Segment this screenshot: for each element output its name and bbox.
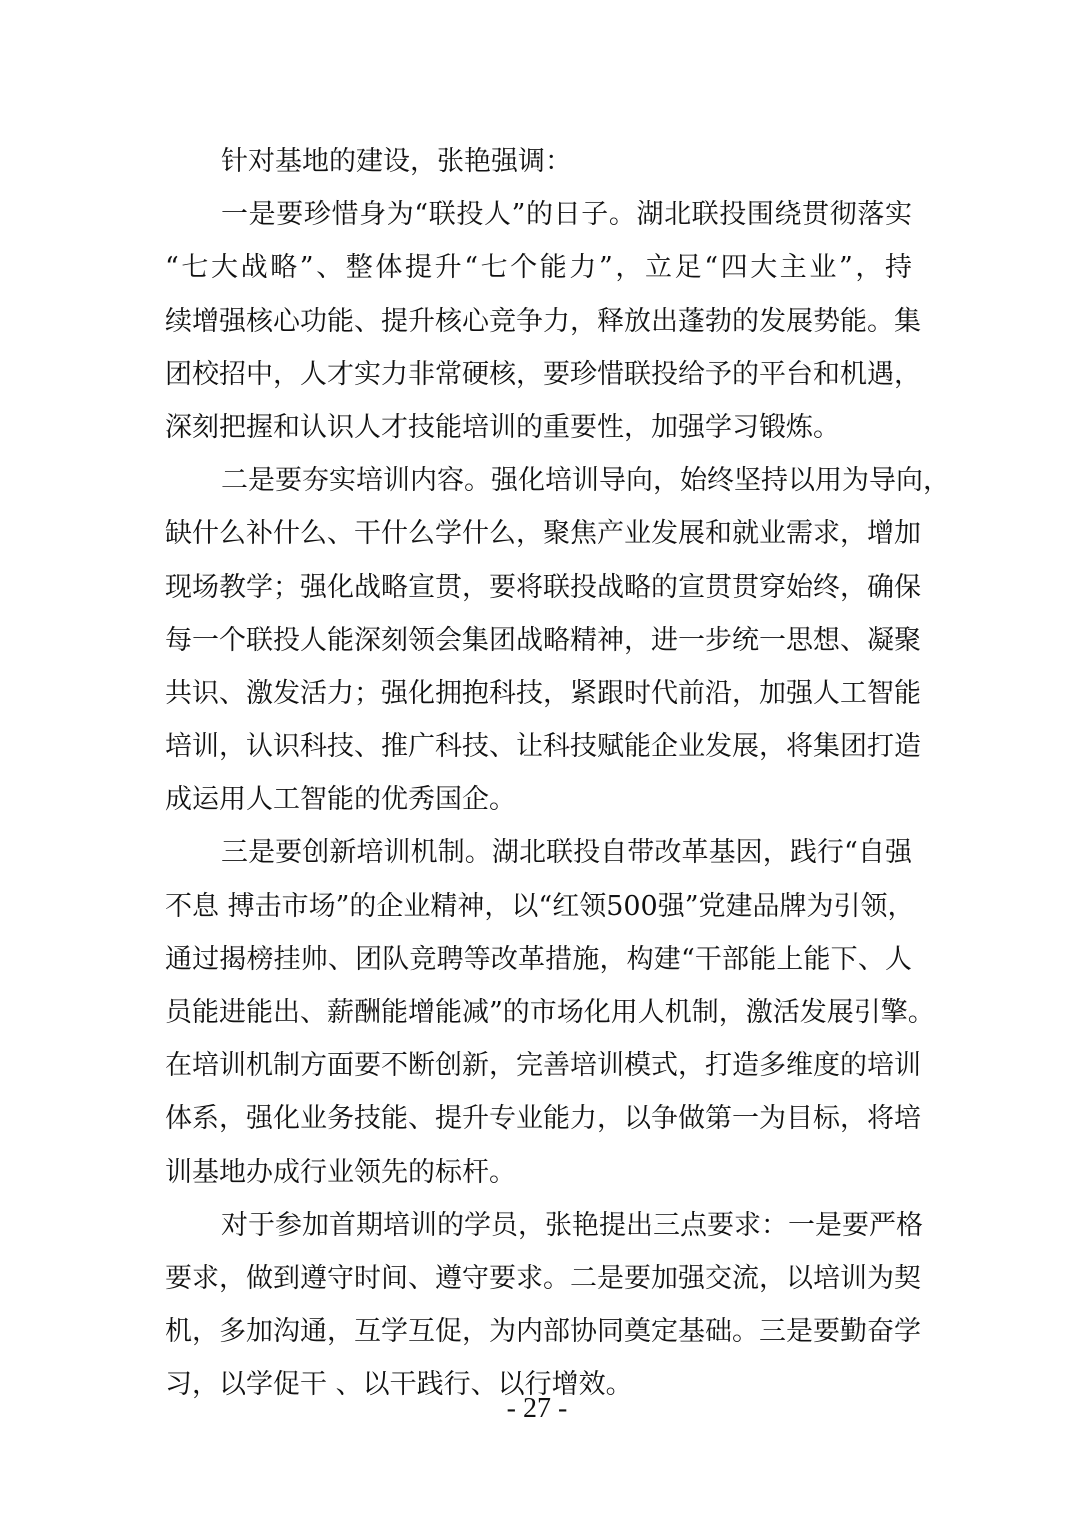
paragraph-1-line: 一是要珍惜身为“联投人”的日子。湖北联投围绕贯彻落实 <box>165 188 912 241</box>
paragraph-2-line: 缺什么补什么、干什么学什么，聚焦产业发展和就业需求，增加 <box>165 507 912 560</box>
paragraph-2-line: 每一个联投人能深刻领会集团战略精神，进一步统一思想、凝聚 <box>165 614 912 667</box>
paragraph-3-line: 不息 搏击市场”的企业精神，以“红领500强”党建品牌为引领， <box>165 880 912 933</box>
paragraph-2-line: 培训，认识科技、推广科技、让科技赋能企业发展，将集团打造 <box>165 720 912 773</box>
paragraph-3-line: 在培训机制方面要不断创新，完善培训模式，打造多维度的培训 <box>165 1039 912 1092</box>
paragraph-4-line: 机，多加沟通，互学互促，为内部协同奠定基础。三是要勤奋学 <box>165 1305 912 1358</box>
page-number: - 27 - <box>0 1393 1074 1425</box>
paragraph-intro-line: 针对基地的建设，张艳强调： <box>165 135 912 188</box>
paragraph-4-line: 对于参加首期培训的学员，张艳提出三点要求：一是要严格 <box>165 1199 912 1252</box>
paragraph-1-line: “七大战略”、整体提升“七个能力”，立足“四大主业”，持 <box>165 241 912 294</box>
document-body: 针对基地的建设，张艳强调： 一是要珍惜身为“联投人”的日子。湖北联投围绕贯彻落实… <box>165 135 915 1412</box>
paragraph-3-line: 体系，强化业务技能、提升专业能力，以争做第一为目标，将培 <box>165 1092 912 1145</box>
paragraph-3-line: 员能进能出、薪酬能增能减”的市场化用人机制，激活发展引擎。 <box>165 986 912 1039</box>
paragraph-3-line: 三是要创新培训机制。湖北联投自带改革基因，践行“自强 <box>165 826 912 879</box>
paragraph-1-line: 续增强核心功能、提升核心竞争力，释放出蓬勃的发展势能。集 <box>165 295 912 348</box>
paragraph-1-line: 深刻把握和认识人才技能培训的重要性，加强学习锻炼。 <box>165 401 912 454</box>
paragraph-3-line: 通过揭榜挂帅、团队竞聘等改革措施，构建“干部能上能下、人 <box>165 933 912 986</box>
paragraph-4-line: 要求，做到遵守时间、遵守要求。二是要加强交流，以培训为契 <box>165 1252 912 1305</box>
paragraph-2-line: 共识、激发活力；强化拥抱科技，紧跟时代前沿，加强人工智能 <box>165 667 912 720</box>
paragraph-2-line: 现场教学；强化战略宣贯，要将联投战略的宣贯贯穿始终，确保 <box>165 561 912 614</box>
paragraph-1-line: 团校招中，人才实力非常硬核，要珍惜联投给予的平台和机遇， <box>165 348 912 401</box>
paragraph-2-line: 二是要夯实培训内容。强化培训导向，始终坚持以用为导向， <box>165 454 912 507</box>
paragraph-2-line: 成运用人工智能的优秀国企。 <box>165 773 912 826</box>
document-page: 针对基地的建设，张艳强调： 一是要珍惜身为“联投人”的日子。湖北联投围绕贯彻落实… <box>0 0 1074 1520</box>
paragraph-3-line: 训基地办成行业领先的标杆。 <box>165 1146 912 1199</box>
